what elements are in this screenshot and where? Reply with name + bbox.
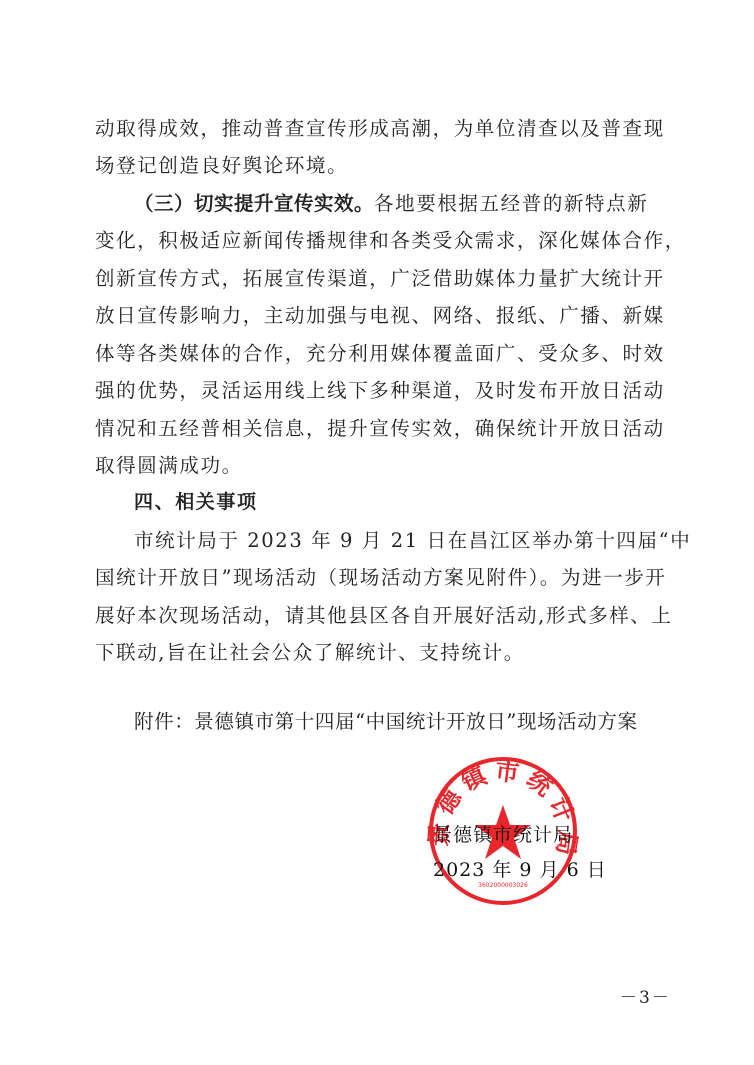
subsection-title: （三）切实提升宣传实效。: [134, 192, 374, 215]
body-line: 情况和五经普相关信息，提升宣传实效，确保统计开放日活动: [95, 410, 665, 447]
section-heading: 四、相关事项: [134, 484, 665, 521]
body-line: 强的优势，灵活运用线上线下多种渠道，及时发布开放日活动: [95, 372, 665, 409]
body-line: 放日宣传影响力，主动加强与电视、网络、报纸、广播、新媒: [95, 297, 665, 334]
body-line: 动取得成效，推动普查宣传形成高潮，为单位清查以及普查现: [95, 110, 665, 147]
signature-organization: 景德镇市统计局: [433, 820, 573, 850]
signature-date: 2023 年 9 月 6 日: [433, 855, 607, 885]
attachment-note: 附件：景德镇市第十四届“中国统计开放日”现场活动方案: [134, 703, 665, 740]
body-line: 创新宣传方式，拓展宣传渠道，广泛借助媒体力量扩大统计开: [95, 260, 665, 297]
subsection-first-line: （三）切实提升宣传实效。各地要根据五经普的新特点新: [134, 185, 665, 222]
body-line: 取得圆满成功。: [95, 447, 665, 484]
body-line: 变化，积极适应新闻传播规律和各类受众需求，深化媒体合作，: [95, 222, 665, 259]
body-line: 体等各类媒体的合作，充分利用媒体覆盖面广、受众多、时效: [95, 335, 665, 372]
body-line: 国统计开放日”现场活动（现场活动方案见附件）。为进一步开: [95, 559, 665, 596]
body-line: 市统计局于 2023 年 9 月 21 日在昌江区举办第十四届“中: [134, 522, 665, 559]
body-line: 下联动,旨在让社会公众了解统计、支持统计。: [95, 634, 665, 671]
body-line: 场登记创造良好舆论环境。: [95, 147, 665, 184]
body-line: 展好本次现场活动，请其他县区各自开展好活动,形式多样、上: [95, 597, 665, 634]
page-number: －3－: [620, 983, 671, 1008]
